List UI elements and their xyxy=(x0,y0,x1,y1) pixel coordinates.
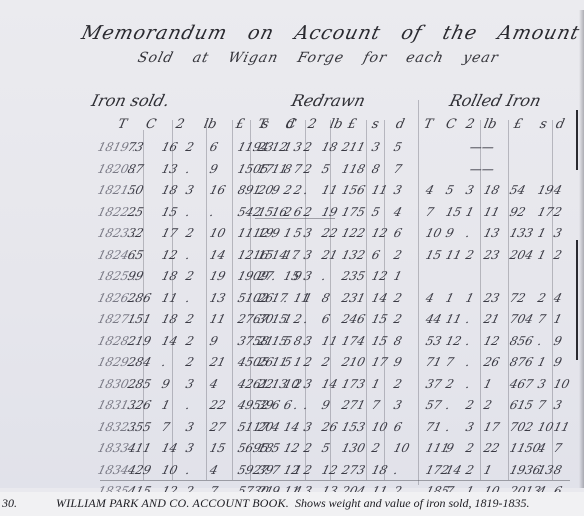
column-header-redrawn: C xyxy=(284,117,297,132)
redrawn-value-cell: 211 xyxy=(340,140,366,154)
iron-weight-cell: 27 xyxy=(208,420,227,434)
ledger-row: 1827 .151182112767152301.62461524411.217… xyxy=(0,310,584,332)
redrawn-weight-cell: 22 xyxy=(320,226,339,240)
iron-weight-cell: 16 xyxy=(208,183,227,197)
iron-weight-cell: 14 xyxy=(160,334,179,348)
rolled-weight-cell: . xyxy=(444,398,451,412)
rolled-weight-cell: 1 xyxy=(482,463,493,477)
ledger-row: 1826 .28611.135102171126.182311424112372… xyxy=(0,289,584,311)
redrawn-weight-cell: 9 xyxy=(320,398,331,412)
rolled-weight-cell: 3 xyxy=(464,183,475,197)
ledger-rows: 1819 .731626119412323121821135——1820 .87… xyxy=(0,138,584,504)
iron-weight-cell: . xyxy=(184,291,191,305)
iron-weight-cell: . xyxy=(184,248,191,262)
rolled-value-cell: 92 xyxy=(508,205,527,219)
redrawn-weight-cell: . xyxy=(302,312,309,326)
iron-weight-cell: 1 xyxy=(160,398,171,412)
rolled-weight-cell: 7 xyxy=(444,355,455,369)
ledger-row: 1825 .99182191909.927153.235121 xyxy=(0,267,584,289)
rolled-value-cell: 7 xyxy=(536,312,547,326)
iron-weight-cell: 2 xyxy=(184,226,195,240)
rolled-weight-cell: 2 xyxy=(464,463,475,477)
rolled-value-cell: 9 xyxy=(552,355,563,369)
redrawn-weight-cell: 2 xyxy=(302,205,313,219)
rolled-value-cell: 10 xyxy=(552,377,571,391)
rolled-weight-cell: . xyxy=(464,355,471,369)
rolled-weight-cell: 18 xyxy=(482,183,501,197)
redrawn-value-cell: 3 xyxy=(392,183,403,197)
redrawn-value-cell: 2 xyxy=(392,248,403,262)
redrawn-weight-cell: 21 xyxy=(320,248,339,262)
redrawn-weight-cell: 5 xyxy=(320,162,331,176)
rolled-weight-cell: 12 xyxy=(482,334,501,348)
rolled-weight-cell: 23 xyxy=(482,248,501,262)
iron-weight-cell: 284 xyxy=(126,355,152,369)
rolled-weight-cell: 17 xyxy=(482,420,501,434)
iron-weight-cell: . xyxy=(160,355,167,369)
redrawn-value-cell: 118 xyxy=(340,162,366,176)
ledger-row: 1820 .8713.915051171782511887—— xyxy=(0,160,584,182)
rolled-weight-cell: 53 xyxy=(424,334,443,348)
iron-weight-cell: 12 xyxy=(160,248,179,262)
redrawn-weight-cell: 3 xyxy=(302,334,313,348)
rolled-value-cell: 9 xyxy=(552,334,563,348)
redrawn-value-cell: 10 xyxy=(370,420,389,434)
redrawn-value-cell: 153 xyxy=(340,420,366,434)
iron-weight-cell: 2 xyxy=(184,355,195,369)
rolled-weight-cell: 5 xyxy=(444,183,455,197)
column-header-rolled-iron: 2 xyxy=(464,117,475,132)
rolled-value-cell: 54 xyxy=(508,183,527,197)
caption-text: WILLIAM PARK AND CO. ACCOUNT BOOK. Shows… xyxy=(56,496,530,511)
iron-weight-cell: 17 xyxy=(160,226,179,240)
rolled-weight-cell: 2 xyxy=(464,398,475,412)
redrawn-weight-cell: 11 xyxy=(320,334,339,348)
redrawn-weight-cell: 14 xyxy=(282,420,301,434)
rolled-weight-cell: 7 xyxy=(424,205,435,219)
rolled-none-mark: —— xyxy=(468,162,495,176)
rolled-value-cell: 2 xyxy=(552,248,563,262)
rolled-value-cell: 2 xyxy=(536,291,547,305)
group-header-rolled-iron: Rolled Iron xyxy=(448,91,543,110)
rolled-weight-cell: 23 xyxy=(482,291,501,305)
rolled-value-cell: 133 xyxy=(508,226,534,240)
redrawn-weight-cell: 3 xyxy=(302,269,313,283)
redrawn-weight-cell: 2 xyxy=(302,463,313,477)
redrawn-value-cell: 11 xyxy=(370,183,389,197)
iron-weight-cell: 50 xyxy=(126,183,145,197)
rolled-weight-cell: 2 xyxy=(444,377,455,391)
column-header-redrawn: £ xyxy=(346,117,357,132)
iron-weight-cell: 16 xyxy=(160,140,179,154)
redrawn-value-cell: 246 xyxy=(340,312,366,326)
redrawn-weight-cell: 11 xyxy=(320,183,339,197)
iron-value-cell: . xyxy=(292,398,299,412)
rolled-weight-cell: 15 xyxy=(424,248,443,262)
redrawn-weight-cell: 19 xyxy=(320,205,339,219)
caption-title: WILLIAM PARK AND CO. ACCOUNT BOOK. xyxy=(56,496,289,510)
ledger-title-line-2: Sold at Wigan Forge for each year xyxy=(136,50,584,66)
rolled-weight-cell: 4 xyxy=(424,183,435,197)
redrawn-weight-cell: 18 xyxy=(320,140,339,154)
rolled-value-cell: 204 xyxy=(508,248,534,262)
iron-weight-cell: 219 xyxy=(126,334,152,348)
rolled-weight-cell: 57 xyxy=(424,398,443,412)
iron-weight-cell: 3 xyxy=(184,441,195,455)
iron-weight-cell: 4 xyxy=(208,463,219,477)
column-header-redrawn: 2 xyxy=(306,117,317,132)
redrawn-value-cell: 17 xyxy=(370,355,389,369)
rolled-weight-cell: 14 xyxy=(444,463,463,477)
rolled-weight-cell: 22 xyxy=(482,441,501,455)
rolled-weight-cell: 71 xyxy=(424,355,443,369)
iron-weight-cell: 3 xyxy=(184,183,195,197)
iron-weight-cell: 13 xyxy=(160,162,179,176)
ledger-row: 1829 .284.221450511126522210179717.26876… xyxy=(0,353,584,375)
iron-weight-cell: 3 xyxy=(184,377,195,391)
ledger-row: 1819 .731626119412323121821135—— xyxy=(0,138,584,160)
rolled-weight-cell: 2 xyxy=(464,248,475,262)
rolled-value-cell: 1 xyxy=(552,312,563,326)
redrawn-weight-cell: 26 xyxy=(320,420,339,434)
rolled-weight-cell: . xyxy=(444,420,451,434)
rolled-weight-cell: 3 xyxy=(464,420,475,434)
iron-weight-cell: 2 xyxy=(184,312,195,326)
column-header-rolled-iron: s xyxy=(538,117,548,132)
redrawn-weight-cell: 6 xyxy=(320,312,331,326)
ledger-row: 1822 .2515..5421661522191755471511192172 xyxy=(0,203,584,225)
ledger-row: 1831 .3261.2249526.396.92717357.2261573 xyxy=(0,396,584,418)
rolled-value-cell: 3 xyxy=(552,398,563,412)
rolled-weight-cell: 11 xyxy=(444,312,463,326)
iron-weight-cell: 11 xyxy=(208,312,227,326)
redrawn-value-cell: . xyxy=(392,463,399,477)
redrawn-value-cell: 8 xyxy=(392,334,403,348)
rolled-weight-cell: 11 xyxy=(482,205,501,219)
iron-weight-cell: 4 xyxy=(208,377,219,391)
rolled-weight-cell: . xyxy=(464,334,471,348)
redrawn-value-cell: 18 xyxy=(370,463,389,477)
redrawn-value-cell: 2 xyxy=(392,377,403,391)
iron-weight-cell: . xyxy=(184,463,191,477)
ledger-row: 1823 .3217210111295191322122126109.13133… xyxy=(0,224,584,246)
redrawn-value-cell: 9 xyxy=(392,355,403,369)
redrawn-weight-cell: . xyxy=(320,269,327,283)
iron-weight-cell: 65 xyxy=(126,248,145,262)
column-header-rolled-iron: T xyxy=(422,117,434,132)
redrawn-value-cell: 132 xyxy=(340,248,366,262)
column-header-rolled-iron: £ xyxy=(512,117,523,132)
column-header-rolled-iron: lb xyxy=(482,117,498,132)
redrawn-value-cell: 6 xyxy=(370,248,381,262)
rolled-value-cell: 876 xyxy=(508,355,534,369)
ledger-row: 1828 .219142937581582153111741585312.128… xyxy=(0,332,584,354)
iron-weight-cell: 411 xyxy=(126,441,152,455)
iron-weight-cell: 14 xyxy=(208,248,227,262)
rolled-weight-cell: 1 xyxy=(482,377,493,391)
rolled-weight-cell: 11 xyxy=(444,248,463,262)
iron-weight-cell: . xyxy=(208,205,215,219)
iron-weight-cell: 14 xyxy=(160,441,179,455)
iron-weight-cell: 18 xyxy=(160,312,179,326)
ledger-page-photo: Memorandum on Account of the Amount Sold… xyxy=(0,0,584,488)
redrawn-weight-cell: 2 xyxy=(302,162,313,176)
rolled-weight-cell: . xyxy=(464,377,471,391)
rolled-value-cell: 4 xyxy=(552,291,563,305)
rolled-value-cell: 615 xyxy=(508,398,534,412)
iron-weight-cell: 22 xyxy=(208,398,227,412)
redrawn-weight-cell: 3 xyxy=(302,377,313,391)
rolled-value-cell: 3 xyxy=(536,377,547,391)
rolled-value-cell: 72 xyxy=(508,291,527,305)
redrawn-value-cell: 235 xyxy=(340,269,366,283)
redrawn-value-cell: 210 xyxy=(340,355,366,369)
redrawn-weight-cell: . xyxy=(302,398,309,412)
iron-weight-cell: . xyxy=(184,205,191,219)
column-header-rolled-iron: C xyxy=(444,117,457,132)
iron-weight-cell: 15 xyxy=(208,441,227,455)
column-header-iron-sold: T xyxy=(116,117,128,132)
rolled-weight-cell: 10 xyxy=(424,226,443,240)
redrawn-value-cell: 10 xyxy=(392,441,411,455)
rolled-value-cell: 856 xyxy=(508,334,534,348)
column-header-iron-sold: 2 xyxy=(174,117,185,132)
iron-weight-cell: 10 xyxy=(160,463,179,477)
redrawn-weight-cell: 14 xyxy=(320,377,339,391)
redrawn-value-cell: 14 xyxy=(370,291,389,305)
redrawn-value-cell: 2 xyxy=(392,312,403,326)
redrawn-value-cell: 173 xyxy=(340,377,366,391)
rolled-weight-cell: 1 xyxy=(464,291,475,305)
redrawn-value-cell: 130 xyxy=(340,441,366,455)
ledger-row: 1830 .2859344261132221031417312372.14673… xyxy=(0,375,584,397)
redrawn-weight-cell: 12 xyxy=(282,441,301,455)
iron-weight-cell: 25 xyxy=(126,205,145,219)
redrawn-value-cell: 273 xyxy=(340,463,366,477)
rolled-value-cell: 1 xyxy=(536,226,547,240)
iron-weight-cell: 326 xyxy=(126,398,152,412)
iron-weight-cell: 151 xyxy=(126,312,152,326)
redrawn-weight-cell: 2 xyxy=(320,355,331,369)
iron-weight-cell: 7 xyxy=(160,420,171,434)
redrawn-weight-cell: 2 xyxy=(302,140,313,154)
ledger-title-line-1: Memorandum on Account of the Amount xyxy=(79,22,584,44)
rolled-value-cell: 11 xyxy=(552,420,571,434)
redrawn-value-cell: 3 xyxy=(370,140,381,154)
redrawn-value-cell: 15 xyxy=(370,312,389,326)
iron-weight-cell: . xyxy=(184,162,191,176)
redrawn-value-cell: 271 xyxy=(340,398,366,412)
iron-weight-cell: 6 xyxy=(208,140,219,154)
redrawn-weight-cell: . xyxy=(302,183,309,197)
iron-weight-cell: 13 xyxy=(208,291,227,305)
rolled-none-mark: —— xyxy=(468,140,495,154)
rolled-weight-cell: 71 xyxy=(424,420,443,434)
group-header-redrawn: Redrawn xyxy=(290,91,368,110)
column-headers: TC2lb£sdTC2lb£sdTC2lb£sd xyxy=(0,117,584,135)
rolled-weight-cell: 2 xyxy=(482,398,493,412)
iron-weight-cell: 429 xyxy=(126,463,152,477)
rolled-value-cell: 704 xyxy=(508,312,534,326)
iron-weight-cell: 15 xyxy=(160,205,179,219)
column-header-iron-sold: C xyxy=(144,117,157,132)
rolled-weight-cell: 1 xyxy=(444,291,455,305)
redrawn-value-cell: 156 xyxy=(340,183,366,197)
iron-weight-cell: 99 xyxy=(126,269,145,283)
redrawn-weight-cell: 2 xyxy=(302,441,313,455)
group-header-iron-sold: Iron sold. xyxy=(90,91,172,110)
caption-description: Shows weight and value of iron sold, 181… xyxy=(295,496,530,510)
ledger-row: 1824 .6512.14121614.15173211326215112232… xyxy=(0,246,584,268)
iron-weight-cell: 286 xyxy=(126,291,152,305)
iron-weight-cell: 21 xyxy=(208,355,227,369)
redrawn-weight-cell: 5 xyxy=(320,441,331,455)
iron-weight-cell: 32 xyxy=(126,226,145,240)
iron-weight-cell: 3 xyxy=(184,420,195,434)
rolled-value-cell: 7 xyxy=(552,441,563,455)
redrawn-weight-cell: 3 xyxy=(302,420,313,434)
rolled-weight-cell: 2 xyxy=(464,441,475,455)
figure-caption: 30. WILLIAM PARK AND CO. ACCOUNT BOOK. S… xyxy=(0,492,584,516)
column-header-iron-sold: lb xyxy=(202,117,218,132)
redrawn-value-cell: 3 xyxy=(392,398,403,412)
redrawn-weight-cell: 17 xyxy=(282,248,301,262)
redrawn-weight-cell: 3 xyxy=(302,248,313,262)
rolled-value-cell: 1 xyxy=(536,248,547,262)
rolled-weight-cell: 44 xyxy=(424,312,443,326)
rolled-weight-cell: 26 xyxy=(482,355,501,369)
iron-weight-cell: 2 xyxy=(184,140,195,154)
iron-weight-cell: 19 xyxy=(208,269,227,283)
redrawn-value-cell: 4 xyxy=(392,205,403,219)
rolled-weight-cell: . xyxy=(464,312,471,326)
rolled-weight-cell: 13 xyxy=(482,226,501,240)
redrawn-value-cell: 6 xyxy=(392,226,403,240)
iron-weight-cell: 2 xyxy=(184,334,195,348)
iron-weight-cell: 355 xyxy=(126,420,152,434)
iron-weight-cell: 9 xyxy=(208,162,219,176)
rolled-value-cell: 3 xyxy=(552,226,563,240)
iron-weight-cell: 2 xyxy=(184,269,195,283)
redrawn-value-cell: 174 xyxy=(340,334,366,348)
column-header-iron-sold: £ xyxy=(234,117,245,132)
iron-weight-cell: 10 xyxy=(208,226,227,240)
redrawn-value-cell: 1 xyxy=(370,377,381,391)
ledger-row: 1832 .355732751174.201432615310671.31770… xyxy=(0,418,584,440)
rolled-value-cell: . xyxy=(536,334,543,348)
column-header-redrawn: d xyxy=(394,117,406,132)
redrawn-value-cell: 6 xyxy=(392,420,403,434)
redrawn-value-cell: 175 xyxy=(340,205,366,219)
column-header-rolled-iron: d xyxy=(554,117,566,132)
iron-weight-cell: 285 xyxy=(126,377,152,391)
rolled-weight-cell: 12 xyxy=(444,334,463,348)
redrawn-value-cell: 5 xyxy=(392,140,403,154)
redrawn-value-cell: 15 xyxy=(370,334,389,348)
ledger-row: 1821 .501831689192202.111561134531854194 xyxy=(0,181,584,203)
redrawn-value-cell: 1 xyxy=(392,269,403,283)
iron-weight-cell: 87 xyxy=(126,162,145,176)
rolled-weight-cell: 21 xyxy=(482,312,501,326)
rolled-weight-cell: 1 xyxy=(464,205,475,219)
redrawn-value-cell: 2 xyxy=(370,441,381,455)
redrawn-value-cell: 5 xyxy=(370,205,381,219)
rolled-weight-cell: 15 xyxy=(444,205,463,219)
redrawn-weight-cell: 3 xyxy=(302,226,313,240)
redrawn-value-cell: 7 xyxy=(392,162,403,176)
redrawn-value-cell: 8 xyxy=(370,162,381,176)
rolled-weight-cell: 37 xyxy=(424,377,443,391)
iron-weight-cell: 73 xyxy=(126,140,145,154)
rolled-value-cell: 467 xyxy=(508,377,534,391)
figure-number: 30. xyxy=(2,496,17,511)
rolled-weight-cell: . xyxy=(464,226,471,240)
iron-weight-cell: 18 xyxy=(160,269,179,283)
ledger-row: 1834 .42910.4592771391221227318.17214211… xyxy=(0,461,584,483)
redrawn-value-cell: 7 xyxy=(370,398,381,412)
redrawn-weight-cell: 12 xyxy=(320,463,339,477)
iron-weight-cell: . xyxy=(184,398,191,412)
iron-weight-cell: 9 xyxy=(160,377,171,391)
rolled-value-cell: 7 xyxy=(536,398,547,412)
redrawn-value-cell: 12 xyxy=(370,269,389,283)
column-header-redrawn: s xyxy=(370,117,380,132)
rolled-weight-cell: 9 xyxy=(444,226,455,240)
iron-weight-cell: 9 xyxy=(208,334,219,348)
redrawn-value-cell: 2 xyxy=(392,291,403,305)
rolled-weight-cell: 4 xyxy=(424,291,435,305)
redrawn-weight-cell: 8 xyxy=(320,291,331,305)
redrawn-value-cell: 231 xyxy=(340,291,366,305)
iron-weight-cell: 11 xyxy=(160,291,179,305)
redrawn-value-cell: 12 xyxy=(370,226,389,240)
rolled-value-cell: 1 xyxy=(536,355,547,369)
ledger-row: 1833 .4111431556955.18122513021011192221… xyxy=(0,439,584,461)
rolled-value-cell: 702 xyxy=(508,420,534,434)
redrawn-value-cell: 122 xyxy=(340,226,366,240)
iron-weight-cell: 18 xyxy=(160,183,179,197)
redrawn-weight-cell: 2 xyxy=(302,355,313,369)
